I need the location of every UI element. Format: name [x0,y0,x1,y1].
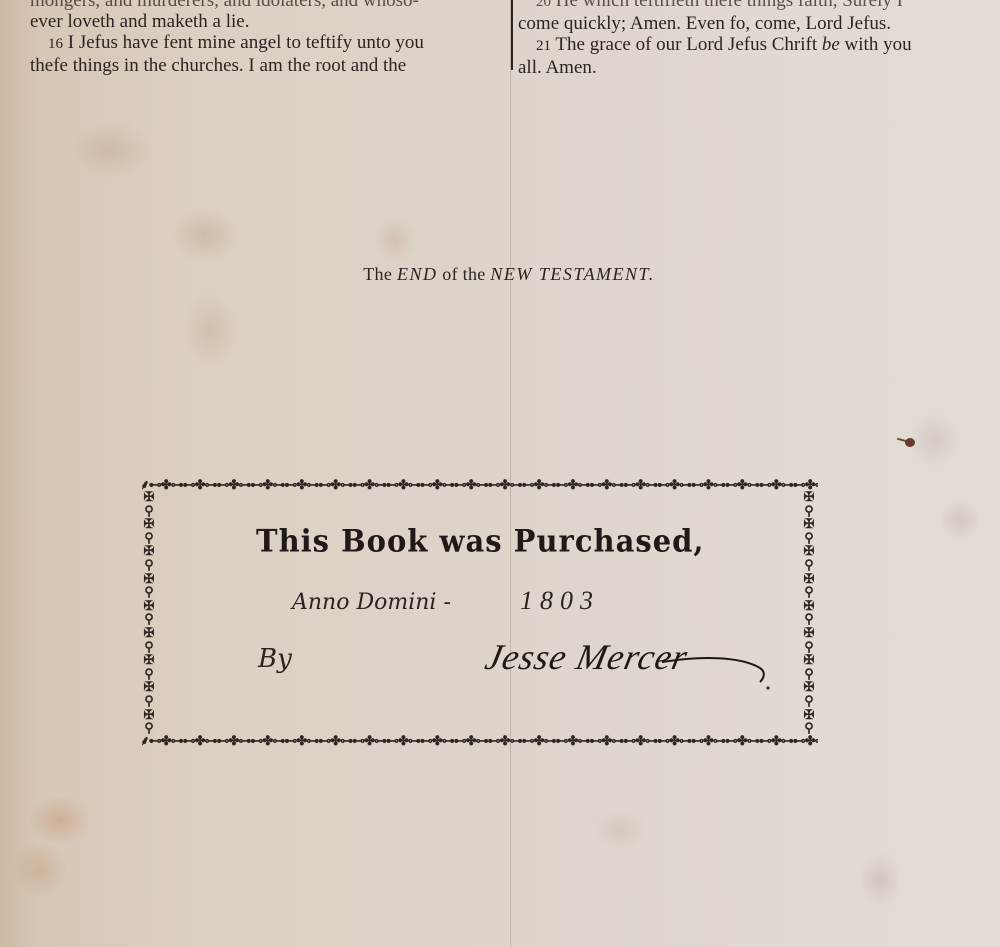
verse-20: 20 He which teftifieth thefe things fait… [518,0,1000,13]
ornamental-border-bottom: ⸙⊷✤⊶⊷✤⊶⊷✤⊶⊷✤⊶⊷✤⊶⊷✤⊶⊷✤⊶⊷✤⊶⊷✤⊶⊷✤⊶⊷✤⊶⊷✤⊶⊷✤⊶… [140,734,818,748]
verse-number: 21 [536,38,551,54]
text-line: ever loveth and maketh a lie. [30,11,502,32]
signature-flourish-icon [660,654,770,694]
handwritten-year: 1803 [520,586,600,616]
text-line: with you [845,34,912,55]
page-gutter-line [510,0,511,947]
right-text-column: 20 He which teftifieth thefe things fait… [518,0,1000,78]
column-rule [511,0,513,70]
text-line: all. Amen. [518,57,1000,78]
text-line: thefe things in the churches. I am the r… [30,55,502,76]
italic-word: be [822,34,840,55]
end-line-word: NEW TESTAMENT. [490,264,654,284]
text-line: The grace of our Lord Jefus Chrift [555,34,817,55]
left-text-column: mongers, and murderers, and idolaters, a… [30,0,502,76]
ornamental-border-right: ✠⚲✠⚲✠⚲✠⚲✠⚲✠⚲✠⚲✠⚲✠⚲✠⚲✠⚲✠⚲✠⚲✠⚲✠⚲✠⚲✠⚲✠⚲ [802,490,816,736]
ornamental-border-top: ⸙⊷✤⊶⊷✤⊶⊷✤⊶⊷✤⊶⊷✤⊶⊷✤⊶⊷✤⊶⊷✤⊶⊷✤⊶⊷✤⊶⊷✤⊶⊷✤⊶⊷✤⊶… [140,478,818,492]
bookplate-label: ⸙⊷✤⊶⊷✤⊶⊷✤⊶⊷✤⊶⊷✤⊶⊷✤⊶⊷✤⊶⊷✤⊶⊷✤⊶⊷✤⊶⊷✤⊶⊷✤⊶⊷✤⊶… [140,478,818,748]
text-line: He which teftifieth thefe things faith, … [556,0,903,11]
verse-number: 16 [48,36,63,52]
verse-21: 21 The grace of our Lord Jefus Chrift be… [518,34,1000,57]
text-line: mongers, and murderers, and idolaters, a… [30,0,502,11]
end-of-new-testament-heading: The END of the NEW TESTAMENT. [0,264,1000,285]
end-line-word: END [397,264,438,284]
end-line-word: The [363,264,392,284]
bookplate-title: This Book was Purchased, [256,523,705,559]
ornamental-border-left: ✠⚲✠⚲✠⚲✠⚲✠⚲✠⚲✠⚲✠⚲✠⚲✠⚲✠⚲✠⚲✠⚲✠⚲✠⚲✠⚲✠⚲✠⚲ [142,490,156,736]
end-line-word: of the [442,264,485,284]
verse-16: 16 I Jefus have fent mine angel to tefti… [30,32,502,55]
anno-domini-label: Anno Domini - [292,590,451,615]
by-label: By [258,644,292,674]
verse-number: 20 [536,0,551,10]
ink-stain [905,438,915,447]
text-line: I Jefus have fent mine angel to teftify … [68,32,424,53]
text-line: come quickly; Amen. Even fo, come, Lord … [518,13,1000,34]
